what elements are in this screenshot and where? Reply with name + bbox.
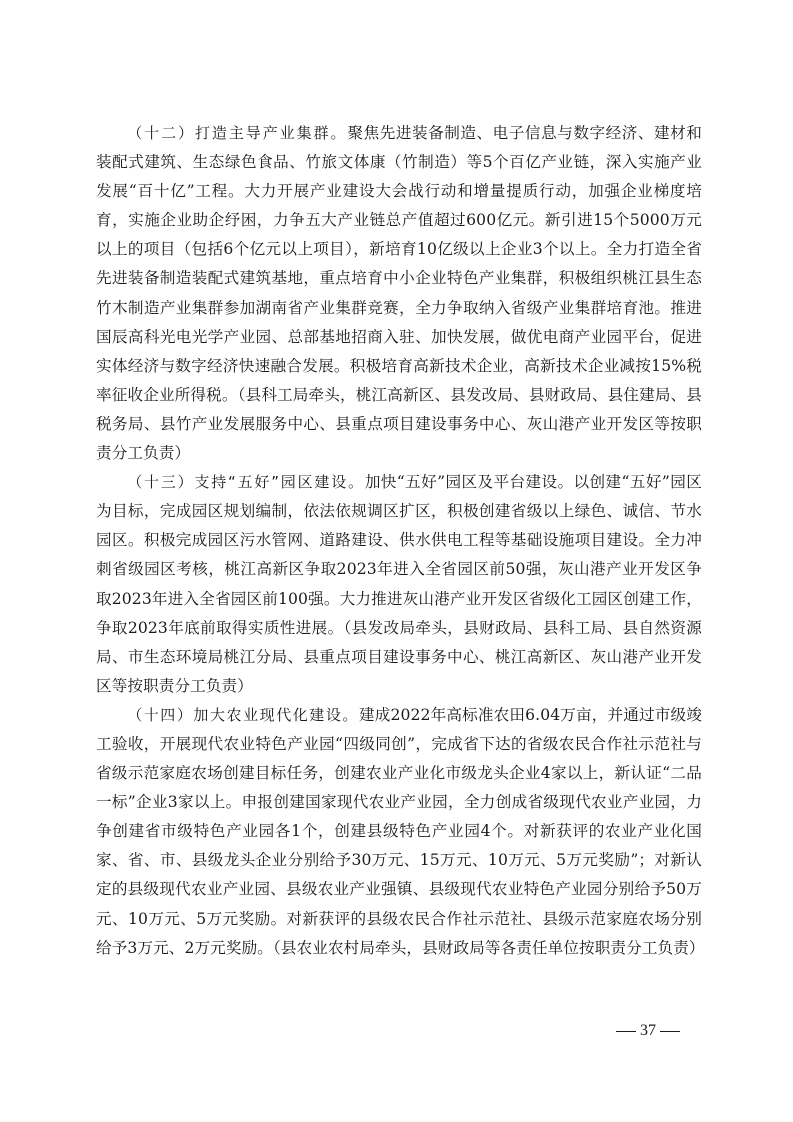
paragraph-five-good-parks: （十三）支持“五好”园区建设。加快“五好”园区及平台建设。以创建“五好”园区为目… bbox=[96, 468, 702, 701]
page-number: 37 bbox=[612, 1022, 684, 1040]
dash-right bbox=[660, 1031, 680, 1032]
paragraph-body: 聚焦先进装备制造、电子信息与数字经济、建材和装配式建筑、生态绿色食品、竹旅文体康… bbox=[96, 124, 702, 462]
paragraph-body: 加快“五好”园区及平台建设。以创建“五好”园区为目标，完成园区规划编制，依法依规… bbox=[96, 473, 702, 695]
page-number-value: 37 bbox=[640, 1022, 656, 1039]
section-heading: （十二）打造主导产业集群。 bbox=[127, 124, 347, 142]
dash-left bbox=[616, 1031, 636, 1032]
document-page: （十二）打造主导产业集群。聚焦先进装备制造、电子信息与数字经济、建材和装配式建筑… bbox=[96, 119, 702, 963]
paragraph-body: 建成2022年高标准农田6.04万亩，并通过市级竣工验收，开展现代农业特色产业园… bbox=[96, 706, 705, 957]
section-heading: （十三）支持“五好”园区建设。 bbox=[127, 473, 365, 491]
paragraph-agriculture-modernization: （十四）加大农业现代化建设。建成2022年高标准农田6.04万亩，并通过市级竣工… bbox=[96, 701, 702, 963]
section-heading: （十四）加大农业现代化建设。 bbox=[127, 706, 359, 724]
paragraph-industry-clusters: （十二）打造主导产业集群。聚焦先进装备制造、电子信息与数字经济、建材和装配式建筑… bbox=[96, 119, 702, 468]
